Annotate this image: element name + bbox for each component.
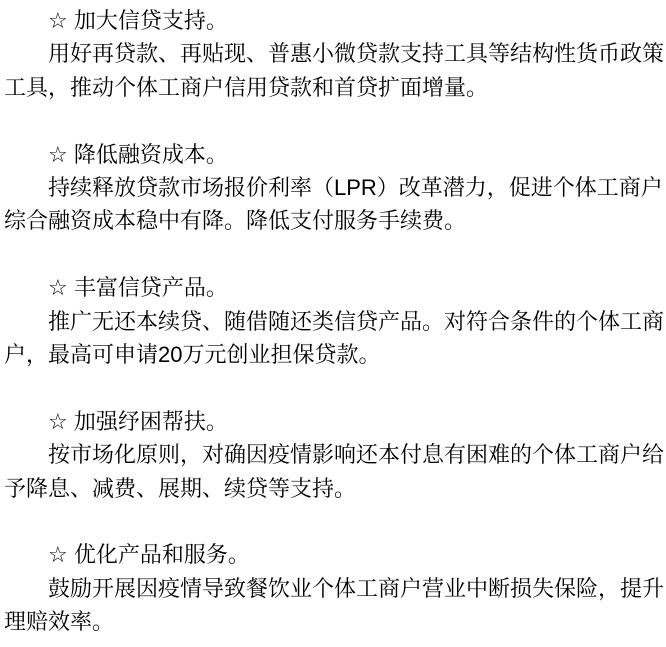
- section-body-line: 按市场化原则，对确因疫情影响还本付息有困难的个体工商户给: [4, 438, 664, 471]
- section-heading: ☆ 加大信贷支持。: [4, 4, 664, 37]
- section-heading: ☆ 丰富信贷产品。: [4, 271, 664, 304]
- section-body-line: 用好再贷款、再贴现、普惠小微贷款支持工具等结构性货币政策: [4, 37, 664, 70]
- section-relief-assistance: ☆ 加强纾困帮扶。 按市场化原则，对确因疫情影响还本付息有困难的个体工商户给 予…: [4, 405, 664, 505]
- section-financing-cost: ☆ 降低融资成本。 持续释放贷款市场报价利率（LPR）改革潜力，促进个体工商户 …: [4, 138, 664, 238]
- section-credit-products: ☆ 丰富信贷产品。 推广无还本续贷、随借随还类信贷产品。对符合条件的个体工商 户…: [4, 271, 664, 371]
- policy-document: ☆ 加大信贷支持。 用好再贷款、再贴现、普惠小微贷款支持工具等结构性货币政策 工…: [0, 0, 666, 639]
- section-products-services: ☆ 优化产品和服务。 鼓励开展因疫情导致餐饮业个体工商户营业中断损失保险，提升 …: [4, 538, 664, 638]
- section-heading: ☆ 加强纾困帮扶。: [4, 405, 664, 438]
- section-body-line: 鼓励开展因疫情导致餐饮业个体工商户营业中断损失保险，提升: [4, 572, 664, 605]
- section-body-line: 户，最高可申请20万元创业担保贷款。: [4, 338, 664, 371]
- section-body-line: 综合融资成本稳中有降。降低支付服务手续费。: [4, 204, 664, 237]
- section-body-line: 持续释放贷款市场报价利率（LPR）改革潜力，促进个体工商户: [4, 171, 664, 204]
- section-heading: ☆ 降低融资成本。: [4, 138, 664, 171]
- section-credit-support: ☆ 加大信贷支持。 用好再贷款、再贴现、普惠小微贷款支持工具等结构性货币政策 工…: [4, 4, 664, 104]
- section-body-line: 予降息、减费、展期、续贷等支持。: [4, 472, 664, 505]
- section-body-line: 推广无还本续贷、随借随还类信贷产品。对符合条件的个体工商: [4, 305, 664, 338]
- section-body-line: 理赔效率。: [4, 605, 664, 638]
- section-body-line: 工具，推动个体工商户信用贷款和首贷扩面增量。: [4, 71, 664, 104]
- section-heading: ☆ 优化产品和服务。: [4, 538, 664, 571]
